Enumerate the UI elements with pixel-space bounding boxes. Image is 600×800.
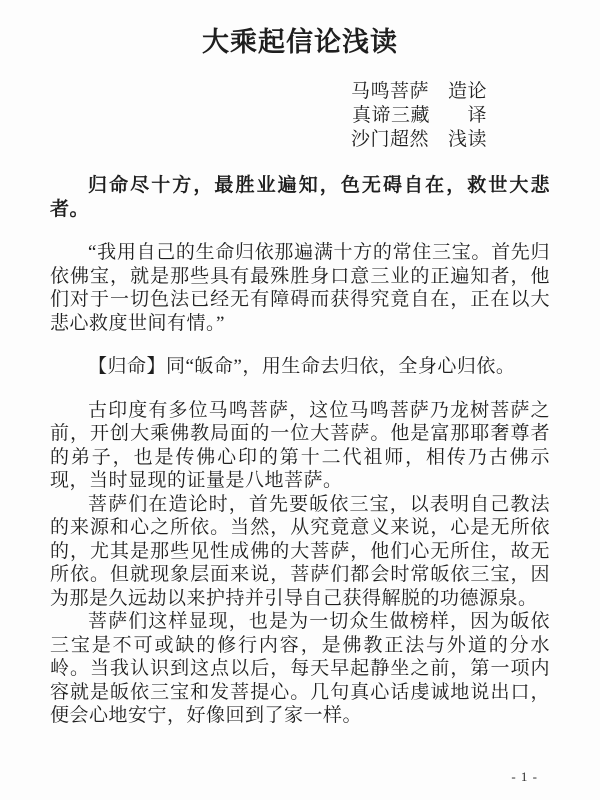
commentary-paragraph: “我用自己的生命归依那遍满十方的常住三宝。首先归依佛宝，就是那些具有最殊胜身口意… [50, 241, 550, 335]
verse-paragraph: 归命尽十方，最胜业遍知，色无碍自在，救世大悲者。 [50, 174, 550, 221]
author-name: 真谛三藏 [352, 104, 430, 128]
body-paragraph: 菩萨们这样显现，也是为一切众生做榜样，因为皈依三宝是不可或缺的修行内容，是佛教正… [50, 610, 550, 728]
document-body: 归命尽十方，最胜业遍知，色无碍自在，救世大悲者。 “我用自己的生命归依那遍满十方… [50, 174, 550, 728]
body-paragraph: 古印度有多位马鸣菩萨，这位马鸣菩萨乃龙树菩萨之前，开创大乘佛教局面的一位大菩萨。… [50, 399, 550, 493]
author-row-commentator: 沙门超然 浅读 [351, 128, 487, 152]
author-row-translator: 真谛三藏 译 [352, 104, 487, 128]
document-title: 大乘起信论浅读 [0, 0, 600, 60]
author-row-composer: 马鸣菩萨 造论 [351, 80, 487, 104]
author-name: 马鸣菩萨 [351, 80, 429, 104]
document-page: 大乘起信论浅读 马鸣菩萨 造论 真谛三藏 译 沙门超然 浅读 归命尽十方，最胜业… [0, 0, 600, 800]
body-paragraph: 菩萨们在造论时，首先要皈依三宝，以表明自己教法的来源和心之所依。当然，从究竟意义… [50, 493, 550, 611]
author-role: 译 [449, 104, 487, 128]
author-role: 造论 [448, 80, 487, 104]
page-number: - 1 - [511, 769, 538, 785]
author-role: 浅读 [448, 128, 487, 152]
term-definition-paragraph: 【归命】同“皈命”，用生命去归依，全身心归依。 [50, 355, 550, 379]
author-block: 马鸣菩萨 造论 真谛三藏 译 沙门超然 浅读 [0, 80, 487, 152]
author-name: 沙门超然 [351, 128, 429, 152]
